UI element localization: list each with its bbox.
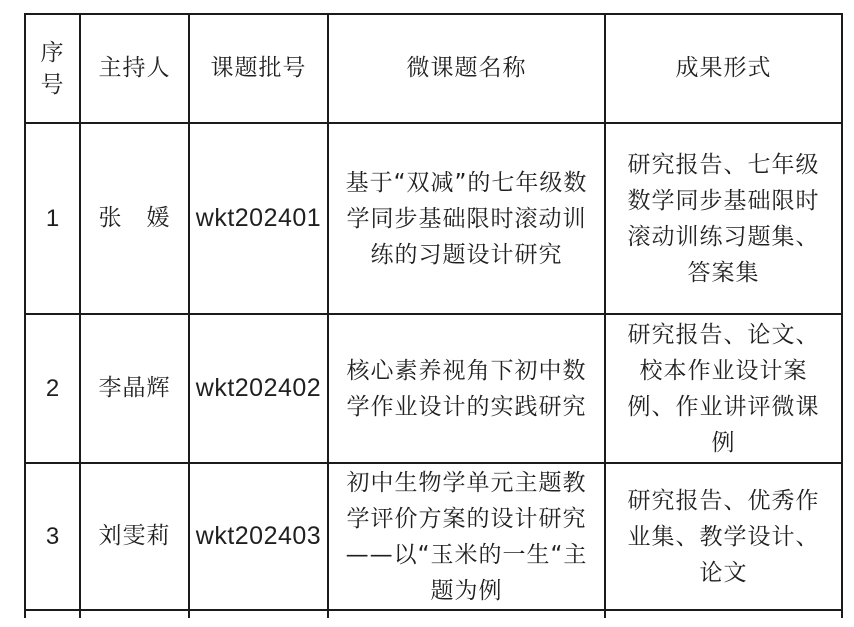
row1-title: 基于“双减”的七年级数学同步基础限时滚动训练的习题设计研究 [329,124,606,315]
table-cutoff-stub [81,611,190,618]
header-cell-outcome: 成果形式 [606,15,843,124]
header-cell-index: 序 号 [26,15,81,124]
table-cutoff-stub [329,611,606,618]
row3-outcome: 研究报告、优秀作业集、教学设计、论文 [606,464,843,611]
row2-host: 李晶辉 [81,315,190,464]
row1-outcome: 研究报告、七年级数学同步基础限时滚动训练习题集、答案集 [606,124,843,315]
row1-index: 1 [26,124,81,315]
table-cutoff-stub [606,611,843,618]
row2-batch: wkt202402 [190,315,329,464]
row1-host: 张 媛 [81,124,190,315]
row2-outcome: 研究报告、论文、校本作业设计案例、作业讲评微课例 [606,315,843,464]
header-cell-batch: 课题批号 [190,15,329,124]
row2-title: 核心素养视角下初中数学作业设计的实践研究 [329,315,606,464]
row3-index: 3 [26,464,81,611]
document-page: 序 号 主持人 课题批号 微课题名称 成果形式 1 张 媛 wkt202401 … [0,0,854,627]
projects-table: 序 号 主持人 课题批号 微课题名称 成果形式 1 张 媛 wkt202401 … [24,13,843,618]
row3-host: 刘雯莉 [81,464,190,611]
row1-batch: wkt202401 [190,124,329,315]
row3-batch: wkt202403 [190,464,329,611]
header-cell-title: 微课题名称 [329,15,606,124]
table-cutoff-stub [26,611,81,618]
row3-title: 初中生物学单元主题教学评价方案的设计研究——以“玉米的一生“主题为例 [329,464,606,611]
table-cutoff-stub [190,611,329,618]
row2-index: 2 [26,315,81,464]
header-cell-host: 主持人 [81,15,190,124]
